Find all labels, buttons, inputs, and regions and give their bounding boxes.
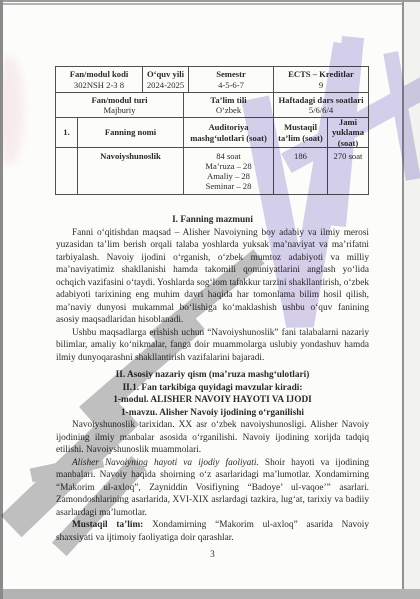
section-heading-asosiy-nazariy-qism: II. Asosiy nazariy qism (ma’ruza mashg‘u… bbox=[56, 369, 369, 382]
cell-mustaqil-header: Mustaqil ta’lim (soat) bbox=[274, 118, 328, 148]
paragraph-hayoti-ijodi: Alisher Navoiyning hayoti va ijodiy faol… bbox=[56, 457, 369, 520]
cell-auditoriya-header: Auditoriya mashg‘ulotlari (soat) bbox=[184, 118, 274, 148]
cell-fan-modul-turi: Fan/modul turi Majburiy bbox=[56, 93, 184, 118]
cell-label: ECTS – Kreditlar bbox=[288, 69, 354, 79]
cell-mustaqil-hours: 186 bbox=[274, 148, 328, 195]
cell-value: 9 bbox=[319, 80, 323, 90]
cell-oquv-yili: O‘quv yili 2024-2025 bbox=[143, 67, 189, 93]
cell-value: Navoiyshunoslik bbox=[100, 151, 161, 161]
topic-heading: 1-mavzu. Alisher Navoiy ijodining o‘rgan… bbox=[56, 407, 369, 420]
cell-value-line: Seminar – 28 bbox=[206, 181, 252, 191]
cell-value: 302NSH 2-3 8 bbox=[74, 80, 124, 90]
section-heading-fan-tarkibi: II.1. Fan tarkibiga quyidagi mavzular ki… bbox=[56, 382, 369, 395]
cell-value: 270 soat bbox=[334, 151, 363, 161]
cell-label: Semestr bbox=[216, 69, 246, 79]
cell-value-line: Ma’ruza – 28 bbox=[205, 161, 251, 171]
cell-fan-modul-kodi: Fan/modul kodi 302NSH 2-3 8 bbox=[56, 67, 143, 93]
cell-row-number-header: 1. bbox=[56, 118, 78, 148]
cell-fanning-nomi-header: Fanning nomi bbox=[78, 118, 184, 148]
cell-label: Fan/modul turi bbox=[91, 95, 147, 105]
cell-label: Ta’lim tili bbox=[210, 95, 246, 105]
cell-label: O‘quv yili bbox=[147, 69, 184, 79]
paragraph-maqsad: Fanni o‘qitishdan maqsad – Alisher Navoi… bbox=[56, 227, 369, 327]
cell-value-line: Amaliy – 28 bbox=[207, 171, 250, 181]
table-row: Fan/modul turi Majburiy Ta’lim tili O‘zb… bbox=[56, 93, 369, 118]
paragraph-lead-italic: Alisher Navoiyning hayoti va ijodiy faol… bbox=[72, 458, 259, 468]
cell-label: Fanning nomi bbox=[105, 127, 156, 137]
scan-edge-line bbox=[3, 3, 402, 5]
paragraph-vazifalar: Ushbu maqsadlarga erishish uchun “Navoiy… bbox=[56, 327, 369, 365]
table-row: Navoiyshunoslik 84 soat Ma’ruza – 28 Ama… bbox=[56, 148, 369, 195]
scan-bottom-shadow bbox=[0, 589, 420, 599]
page-right-margin bbox=[404, 2, 420, 589]
cell-label: Auditoriya mashg‘ulotlari (soat) bbox=[186, 122, 271, 142]
table-row: 1. Fanning nomi Auditoriya mashg‘ulotlar… bbox=[56, 118, 369, 148]
cell-value: 4-5-6-7 bbox=[218, 80, 244, 90]
cell-label: Jami yuklama (soat) bbox=[330, 118, 366, 148]
paragraph-mustaqil-talim: Mustaqil ta’lim: Xondamirning “Makorim u… bbox=[56, 519, 369, 544]
document-body: I. Fanning mazmuni Fanni o‘qitishdan maq… bbox=[56, 214, 369, 562]
scan-background: { "scan": { "paper_color": "#fcfcfa", "b… bbox=[0, 0, 420, 599]
syllabus-table: Fan/modul kodi 302NSH 2-3 8 O‘quv yili 2… bbox=[55, 66, 369, 195]
cell-value: 5/6/6/4 bbox=[309, 105, 333, 115]
cell-value: O‘zbek bbox=[216, 105, 241, 115]
cell-jami-header: Jami yuklama (soat) bbox=[328, 118, 369, 148]
section-heading-fanning-mazmuni: I. Fanning mazmuni bbox=[56, 214, 369, 227]
cell-row-number bbox=[56, 148, 78, 195]
page-number: 3 bbox=[56, 549, 369, 562]
cell-label: Haftadagi dars soatlari bbox=[279, 95, 364, 105]
paragraph-navoiyshunoslik-tarixi: Navoiyshunoslik tarixidan. XX asr o‘zbek… bbox=[56, 419, 369, 457]
scan-left-edge bbox=[0, 0, 3, 599]
cell-value-line: 84 soat bbox=[216, 151, 241, 161]
table-row: Fan/modul kodi 302NSH 2-3 8 O‘quv yili 2… bbox=[56, 67, 369, 93]
cell-jami-hours: 270 soat bbox=[328, 148, 369, 195]
cell-label: Mustaqil ta’lim (soat) bbox=[276, 122, 325, 142]
cell-course-name: Navoiyshunoslik bbox=[78, 148, 184, 195]
cell-haftadagi-dars-soatlari: Haftadagi dars soatlari 5/6/6/4 bbox=[274, 93, 369, 118]
cell-value: Majburiy bbox=[104, 105, 136, 115]
cell-value: 2024-2025 bbox=[147, 80, 184, 90]
cell-ects-kreditlar: ECTS – Kreditlar 9 bbox=[274, 67, 369, 93]
cell-label: Fan/modul kodi bbox=[70, 69, 129, 79]
module-heading: 1-modul. ALISHER NAVOIY HAYOTI VA IJODI bbox=[56, 394, 369, 407]
cell-auditoriya-hours: 84 soat Ma’ruza – 28 Amaliy – 28 Seminar… bbox=[184, 148, 274, 195]
paragraph-lead-bold: Mustaqil ta’lim: bbox=[72, 520, 143, 530]
cell-value: 186 bbox=[294, 151, 307, 161]
cell-semestr: Semestr 4-5-6-7 bbox=[189, 67, 274, 93]
cell-label: 1. bbox=[63, 127, 69, 137]
cell-talim-tili: Ta’lim tili O‘zbek bbox=[184, 93, 274, 118]
